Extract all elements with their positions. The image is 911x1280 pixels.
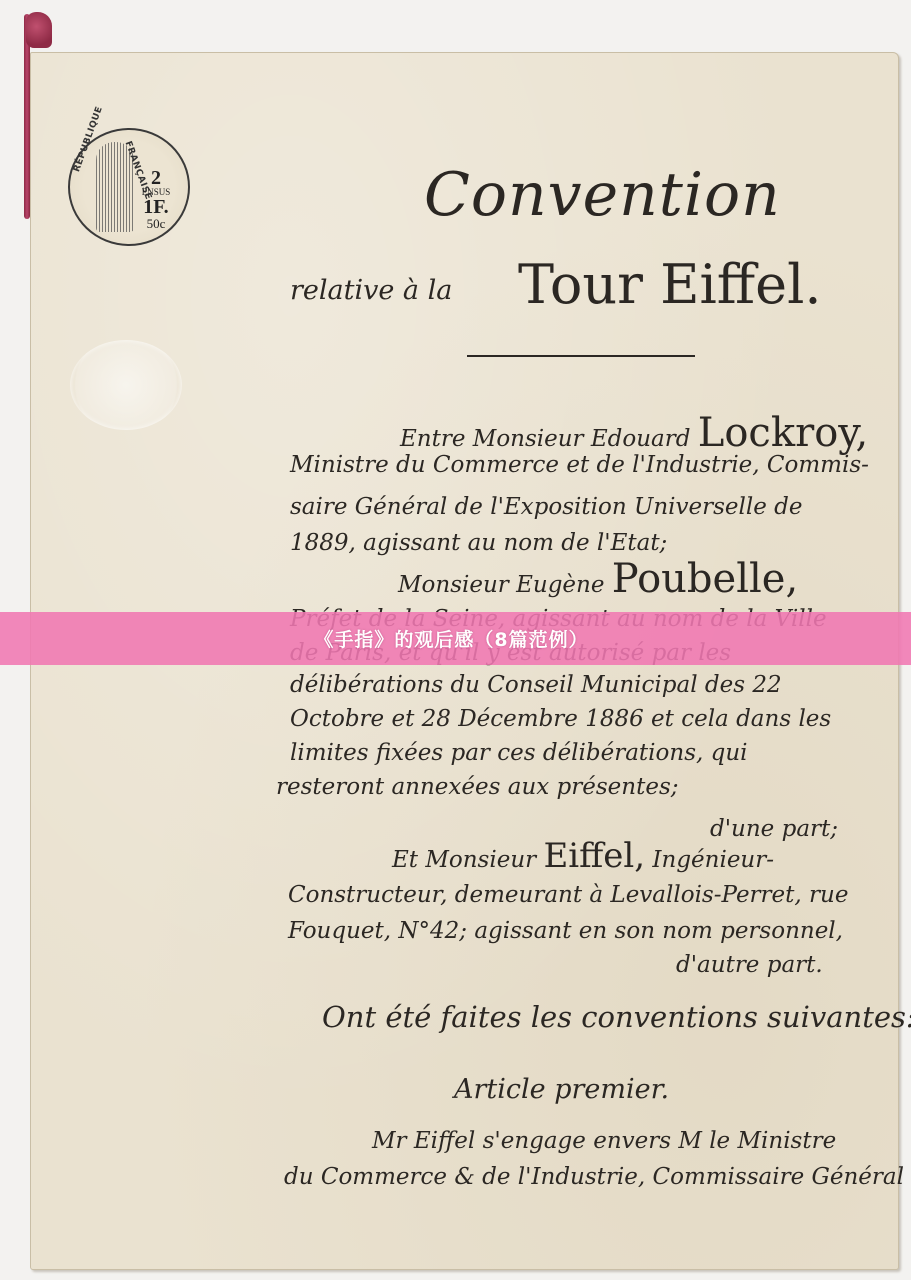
- body-line-13: Et Monsieur Eiffel, Ingénieur-: [392, 836, 774, 876]
- body-line-3: saire Général de l'Exposition Universell…: [290, 494, 803, 520]
- name-poubelle: Poubelle,: [612, 556, 798, 602]
- title-underline: [467, 355, 695, 357]
- embossed-seal: [70, 340, 182, 430]
- body-line-1: Entre Monsieur Edouard Lockroy,: [400, 410, 868, 456]
- name-lockroy: Lockroy,: [698, 410, 869, 456]
- name-eiffel: Eiffel,: [543, 836, 645, 876]
- body-line-16: d'autre part.: [676, 952, 823, 978]
- body-line-10: limites fixées par ces délibérations, qu…: [290, 740, 748, 766]
- binding-cord-knot: [26, 12, 52, 48]
- article-line-1: Mr Eiffel s'engage envers M le Ministre: [372, 1128, 836, 1154]
- body-line-11: resteront annexées aux présentes;: [276, 774, 679, 800]
- body-text: Entre Monsieur Edouard: [400, 426, 698, 452]
- body-line-14: Constructeur, demeurant à Levallois-Perr…: [288, 882, 848, 908]
- body-line-5: Monsieur Eugène Poubelle,: [398, 556, 798, 602]
- stamp-value-1: 2: [138, 168, 174, 188]
- body-text: Monsieur Eugène: [398, 572, 612, 598]
- banner-title: 《手指》的观后感（8篇范例）: [314, 625, 588, 652]
- conventions-heading: Ont été faites les conventions suivantes…: [322, 1000, 911, 1034]
- document-title: Convention: [424, 160, 781, 230]
- document-subtitle-prefix: relative à la: [290, 275, 452, 306]
- body-line-8: délibérations du Conseil Municipal des 2…: [290, 672, 782, 698]
- article-title: Article premier.: [454, 1074, 669, 1105]
- tax-stamp: RÉPUBLIQUE FRANÇAISE 2 ENSUS 1F. 50c: [68, 128, 190, 246]
- body-line-9: Octobre et 28 Décembre 1886 et cela dans…: [290, 706, 831, 732]
- title-banner: 《手指》的观后感（8篇范例）: [0, 612, 911, 665]
- body-text: Et Monsieur: [392, 847, 543, 873]
- article-line-2: du Commerce & de l'Industrie, Commissair…: [284, 1164, 904, 1190]
- body-line-15: Fouquet, N°42; agissant en son nom perso…: [288, 918, 843, 944]
- document-subtitle-main: Tour Eiffel.: [518, 253, 822, 316]
- stamp-value-4: 50c: [138, 217, 174, 230]
- stamp-value: 2 ENSUS 1F. 50c: [138, 168, 174, 230]
- body-line-4: 1889, agissant au nom de l'Etat;: [290, 530, 667, 556]
- body-text: Ingénieur-: [645, 847, 774, 873]
- stamp-value-3: 1F.: [138, 197, 174, 217]
- body-line-2: Ministre du Commerce et de l'Industrie, …: [290, 452, 869, 478]
